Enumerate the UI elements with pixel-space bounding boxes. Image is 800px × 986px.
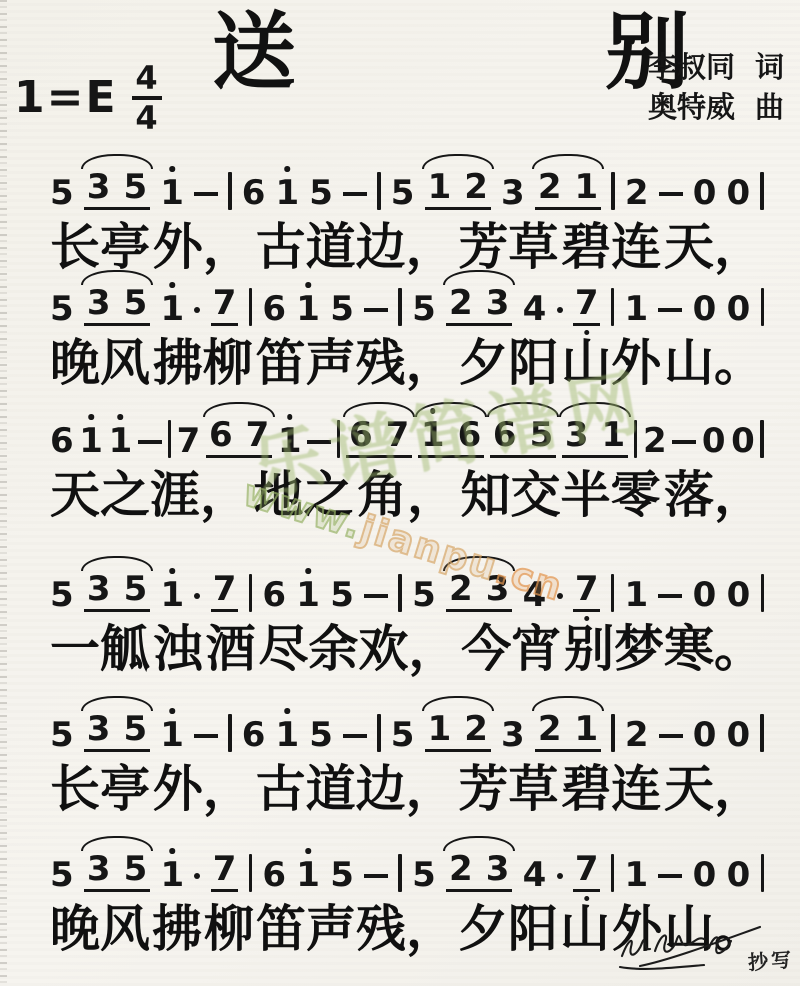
lyric-syllable: 地之 <box>254 466 354 524</box>
score-line-1: 5351615512321200长亭外，古道边，芳草碧连天， <box>50 152 764 276</box>
lyric-syllable: 角， <box>357 466 457 524</box>
note: 3 <box>87 170 111 204</box>
notation-row: 5351761552347100 <box>50 852 764 892</box>
note: 5 <box>309 718 333 752</box>
duration-dash <box>658 308 682 313</box>
note-value: 6 <box>209 418 233 452</box>
note: 1 <box>109 424 133 458</box>
note: 1 <box>624 292 648 326</box>
note: 3 <box>486 286 510 320</box>
note-value: 3 <box>501 718 525 752</box>
note: 0 <box>702 424 726 458</box>
note-value: 1 <box>160 718 184 752</box>
lyric-syllable: 落， <box>664 466 764 524</box>
note: 2 <box>449 572 473 606</box>
note-value: 0 <box>693 718 717 752</box>
augmentation-dot <box>557 873 563 879</box>
note-value: 2 <box>625 718 649 752</box>
note-value: 7 <box>213 852 237 886</box>
note-value: 5 <box>330 858 354 892</box>
barline <box>760 420 764 458</box>
note-value: 5 <box>50 718 74 752</box>
barline <box>761 854 765 892</box>
augmentation-dot <box>557 593 563 599</box>
beamed-note-group: 23 <box>446 286 512 326</box>
note: 6 <box>242 176 266 210</box>
beamed-note-group: 35 <box>84 170 150 210</box>
barline <box>611 854 615 892</box>
note: 5 <box>309 176 333 210</box>
lyric-syllable: 夕阳 <box>458 334 558 392</box>
note-value: 1 <box>574 170 598 204</box>
lyric-syllable: 晚风 <box>50 334 150 392</box>
note-value: 5 <box>330 292 354 326</box>
note: 0 <box>727 718 751 752</box>
note-value: 2 <box>449 852 473 886</box>
note: 6 <box>209 418 233 452</box>
duration-dash <box>658 594 682 599</box>
note: 3 <box>486 572 510 606</box>
note: 0 <box>727 578 751 612</box>
note-value: 2 <box>538 712 562 746</box>
octave-dot-high <box>169 708 175 714</box>
note-value: 6 <box>349 418 373 452</box>
note-value: 1 <box>624 292 648 326</box>
note: 5 <box>412 858 436 892</box>
note-value: 1 <box>109 424 133 458</box>
note: 1 <box>296 858 320 892</box>
lyric-syllable: 山 <box>560 900 610 958</box>
note-value: 4 <box>523 858 547 892</box>
score-line-5: 5351615512321200长亭外，古道边，芳草碧连天， <box>50 694 764 818</box>
barline <box>228 714 232 752</box>
notation-row: 5351615512321200 <box>50 170 764 210</box>
lyric-syllable: 别梦寒。 <box>564 620 764 678</box>
lyric-syllable: 知交半零 <box>461 466 661 524</box>
note: 7 <box>211 572 239 612</box>
notation-row: 5351761552347100 <box>50 572 764 612</box>
note-value: 1 <box>296 292 320 326</box>
note-value: 4 <box>523 292 547 326</box>
note-value: 1 <box>624 578 648 612</box>
note: 1 <box>624 578 648 612</box>
beamed-note-group: 31 <box>562 418 628 458</box>
note: 5 <box>391 718 415 752</box>
lyric-syllable: 天， <box>664 760 764 818</box>
lyric-syllable: 古道边， <box>256 760 456 818</box>
note-value: 5 <box>124 286 148 320</box>
lyric-syllable: 一觚 <box>50 620 150 678</box>
note-value: 2 <box>449 572 473 606</box>
lyrics-row: 长亭外，古道边，芳草碧连天， <box>50 760 764 818</box>
note: 6 <box>262 858 286 892</box>
octave-dot-high <box>170 568 176 574</box>
note: 3 <box>87 572 111 606</box>
octave-dot-high <box>305 568 311 574</box>
lyric-syllable: 外， <box>153 760 253 818</box>
note: 0 <box>693 858 717 892</box>
note-value: 5 <box>50 292 74 326</box>
handwritten-signature-icon <box>612 920 762 976</box>
barline <box>611 574 615 612</box>
note: 4 <box>523 858 547 892</box>
octave-dot-high <box>430 408 436 414</box>
duration-dash <box>364 308 388 313</box>
signature-label: 抄写 <box>747 943 795 975</box>
note: 2 <box>449 286 473 320</box>
note: 5 <box>50 176 74 210</box>
note-value: 2 <box>625 176 649 210</box>
note-value: 3 <box>87 286 111 320</box>
note: 1 <box>160 718 184 752</box>
note-value: 1 <box>278 424 302 458</box>
note-value: 5 <box>123 170 147 204</box>
note-value: 0 <box>727 578 751 612</box>
note-value: 1 <box>602 418 626 452</box>
note-value: 0 <box>727 718 751 752</box>
note: 3 <box>565 418 589 452</box>
note-value: 5 <box>391 176 415 210</box>
score-body: 5351615512321200长亭外，古道边，芳草碧连天，5351761552… <box>0 0 800 986</box>
note: 5 <box>330 858 354 892</box>
duration-dash <box>343 192 367 197</box>
duration-dash <box>364 874 388 879</box>
note: 1 <box>602 418 626 452</box>
beamed-note-group: 35 <box>84 286 150 326</box>
note-value: 0 <box>693 292 717 326</box>
note: 5 <box>330 578 354 612</box>
note-value: 0 <box>693 858 717 892</box>
note: 7 <box>211 286 239 326</box>
note-value: 1 <box>161 578 185 612</box>
note-value: 7 <box>575 852 599 886</box>
augmentation-dot <box>194 873 200 879</box>
note-value: 1 <box>624 858 648 892</box>
lyric-syllable: 拂 <box>152 900 202 958</box>
note: 2 <box>643 424 667 458</box>
note: 5 <box>50 292 74 326</box>
barline <box>761 574 765 612</box>
beamed-note-group: 23 <box>446 572 512 612</box>
lyric-syllable: 拂柳 <box>153 334 253 392</box>
note: 1 <box>574 712 598 746</box>
beamed-note-group: 35 <box>84 712 150 752</box>
note: 6 <box>50 424 74 458</box>
note-value: 1 <box>161 292 185 326</box>
barline <box>611 714 615 752</box>
beamed-note-group: 23 <box>446 852 512 892</box>
note-value: 1 <box>276 718 300 752</box>
lyric-syllable: 长亭 <box>50 760 150 818</box>
barline <box>398 854 402 892</box>
note-value: 7 <box>213 286 237 320</box>
note-value: 3 <box>486 852 510 886</box>
note-value: 1 <box>421 418 445 452</box>
note: 3 <box>87 712 111 746</box>
note-value: 1 <box>79 424 103 458</box>
duration-dash <box>672 440 696 445</box>
lyric-syllable: 山外 <box>561 334 661 392</box>
note: 2 <box>538 170 562 204</box>
note: 6 <box>458 418 482 452</box>
note: 5 <box>124 286 148 320</box>
note-value: 5 <box>309 176 333 210</box>
notation-row: 611767167166531200 <box>50 418 764 458</box>
note-value: 0 <box>693 176 717 210</box>
score-line-2: 5351761552347100晚风拂柳笛声残，夕阳山外山。 <box>50 268 764 392</box>
note-value: 6 <box>50 424 74 458</box>
note-value: 6 <box>493 418 517 452</box>
note-value: 0 <box>727 176 751 210</box>
note-value: 3 <box>87 712 111 746</box>
octave-dot-low <box>584 896 590 902</box>
lyrics-row: 天之涯，地之角，知交半零落， <box>50 466 764 524</box>
note: 0 <box>727 292 751 326</box>
octave-dot-high <box>305 848 311 854</box>
augmentation-dot <box>557 307 563 313</box>
note-value: 1 <box>296 858 320 892</box>
barline <box>611 288 615 326</box>
lyric-syllable: 夕阳 <box>458 900 558 958</box>
beamed-note-group: 21 <box>535 712 601 752</box>
beamed-note-group: 12 <box>425 712 491 752</box>
lyric-syllable: 浊 <box>153 620 203 678</box>
note-value: 0 <box>727 292 751 326</box>
duration-dash <box>364 594 388 599</box>
note: 1 <box>276 718 300 752</box>
barline <box>168 420 172 458</box>
duration-dash <box>307 440 331 445</box>
note-value: 7 <box>575 572 599 606</box>
note: 6 <box>493 418 517 452</box>
note: 5 <box>123 712 147 746</box>
notation-row: 5351761552347100 <box>50 286 764 326</box>
note-value: 6 <box>242 176 266 210</box>
duration-dash <box>138 440 162 445</box>
note: 3 <box>87 852 111 886</box>
note-value: 5 <box>330 578 354 612</box>
note-value: 0 <box>702 424 726 458</box>
note-value: 5 <box>412 858 436 892</box>
lyric-syllable: 山。 <box>664 334 764 392</box>
note-value: 3 <box>87 170 111 204</box>
note-value: 5 <box>309 718 333 752</box>
note: 1 <box>278 424 302 458</box>
note: 1 <box>276 176 300 210</box>
note: 1 <box>421 418 445 452</box>
note: 7 <box>573 286 601 326</box>
note: 4 <box>523 292 547 326</box>
duration-dash <box>659 192 683 197</box>
note: 5 <box>123 170 147 204</box>
lyric-syllable: 尽余欢， <box>258 620 458 678</box>
note: 5 <box>412 292 436 326</box>
note-value: 1 <box>276 176 300 210</box>
note: 5 <box>391 176 415 210</box>
note: 5 <box>50 578 74 612</box>
note-value: 3 <box>565 418 589 452</box>
transcriber-signature: 抄写 <box>612 920 794 980</box>
note-value: 5 <box>391 718 415 752</box>
beamed-note-group: 35 <box>84 572 150 612</box>
note: 5 <box>530 418 554 452</box>
sheet-music-page: 1=E 4 4 送 别 李叔同 词 奥特威 曲 5351615512321200… <box>0 0 800 986</box>
note: 2 <box>464 170 488 204</box>
beamed-note-group: 16 <box>418 418 484 458</box>
duration-dash <box>343 734 367 739</box>
note-value: 7 <box>575 286 599 320</box>
lyric-syllable: 今宵 <box>461 620 561 678</box>
lyric-syllable: 笛声残， <box>256 900 456 958</box>
octave-dot-high <box>285 166 291 172</box>
note-value: 5 <box>50 578 74 612</box>
note: 5 <box>412 578 436 612</box>
note: 2 <box>625 718 649 752</box>
beamed-note-group: 21 <box>535 170 601 210</box>
barline <box>337 420 341 458</box>
note-value: 3 <box>486 572 510 606</box>
note-value: 6 <box>242 718 266 752</box>
note: 7 <box>573 572 601 612</box>
note-value: 2 <box>464 170 488 204</box>
note: 1 <box>428 712 452 746</box>
note: 1 <box>161 578 185 612</box>
note: 3 <box>501 718 525 752</box>
note-value: 3 <box>486 286 510 320</box>
note-value: 2 <box>464 712 488 746</box>
octave-dot-high <box>305 282 311 288</box>
note: 1 <box>296 292 320 326</box>
note: 5 <box>124 852 148 886</box>
beamed-note-group: 12 <box>425 170 491 210</box>
lyric-syllable: 笛声残， <box>256 334 456 392</box>
octave-dot-high <box>285 708 291 714</box>
note-value: 7 <box>386 418 410 452</box>
note: 7 <box>386 418 410 452</box>
note: 3 <box>501 176 525 210</box>
note: 0 <box>693 176 717 210</box>
lyric-syllable: 酒 <box>206 620 256 678</box>
barline <box>760 714 764 752</box>
lyric-syllable: 晚风 <box>50 900 150 958</box>
note-value: 5 <box>412 578 436 612</box>
barline <box>228 172 232 210</box>
note-value: 5 <box>412 292 436 326</box>
note-value: 6 <box>262 858 286 892</box>
note: 1 <box>79 424 103 458</box>
note-value: 1 <box>160 176 184 210</box>
beamed-note-group: 35 <box>84 852 150 892</box>
score-line-4: 5351761552347100一觚浊酒尽余欢，今宵别梦寒。 <box>50 554 764 678</box>
note-value: 5 <box>50 858 74 892</box>
note-value: 6 <box>262 578 286 612</box>
duration-dash <box>659 734 683 739</box>
note: 1 <box>161 858 185 892</box>
note: 6 <box>349 418 373 452</box>
note: 0 <box>727 176 751 210</box>
note: 1 <box>574 170 598 204</box>
note-value: 5 <box>123 712 147 746</box>
barline <box>377 172 381 210</box>
note: 0 <box>693 718 717 752</box>
note-value: 3 <box>501 176 525 210</box>
note: 7 <box>246 418 270 452</box>
note-value: 1 <box>296 578 320 612</box>
note: 1 <box>161 292 185 326</box>
duration-dash <box>194 734 218 739</box>
note-value: 4 <box>523 578 547 612</box>
note: 7 <box>211 852 239 892</box>
note-value: 6 <box>262 292 286 326</box>
note: 5 <box>50 858 74 892</box>
note: 1 <box>624 858 648 892</box>
note: 0 <box>727 858 751 892</box>
note-value: 3 <box>87 852 111 886</box>
note-value: 3 <box>87 572 111 606</box>
note-value: 2 <box>449 286 473 320</box>
score-line-3: 611767167166531200天之涯，地之角，知交半零落， <box>50 400 764 524</box>
note: 2 <box>625 176 649 210</box>
note-value: 7 <box>246 418 270 452</box>
duration-dash <box>194 192 218 197</box>
note-value: 0 <box>731 424 755 458</box>
note: 3 <box>486 852 510 886</box>
beamed-note-group: 65 <box>490 418 556 458</box>
note: 4 <box>523 578 547 612</box>
note: 1 <box>428 170 452 204</box>
note-value: 2 <box>643 424 667 458</box>
lyrics-row: 晚风拂柳笛声残，夕阳山外山。 <box>50 334 764 392</box>
barline <box>760 172 764 210</box>
barline <box>249 288 253 326</box>
notation-row: 5351615512321200 <box>50 712 764 752</box>
octave-dot-high <box>170 282 176 288</box>
note: 2 <box>464 712 488 746</box>
octave-dot-high <box>169 166 175 172</box>
note: 6 <box>242 718 266 752</box>
note: 2 <box>449 852 473 886</box>
note-value: 7 <box>177 424 201 458</box>
note-value: 2 <box>538 170 562 204</box>
note-value: 5 <box>124 572 148 606</box>
beamed-note-group: 67 <box>346 418 412 458</box>
note-value: 7 <box>213 572 237 606</box>
barline <box>761 288 765 326</box>
note: 7 <box>177 424 201 458</box>
barline <box>249 854 253 892</box>
note-value: 1 <box>428 712 452 746</box>
barline <box>398 574 402 612</box>
duration-dash <box>658 874 682 879</box>
lyric-syllable: 芳草 <box>458 760 558 818</box>
note: 5 <box>50 718 74 752</box>
octave-dot-low <box>584 616 590 622</box>
octave-dot-low <box>584 330 590 336</box>
note-value: 1 <box>428 170 452 204</box>
note-value: 5 <box>50 176 74 210</box>
note: 1 <box>160 176 184 210</box>
note-value: 5 <box>124 852 148 886</box>
note: 7 <box>573 852 601 892</box>
barline <box>611 172 615 210</box>
barline <box>377 714 381 752</box>
note-value: 5 <box>530 418 554 452</box>
note: 3 <box>87 286 111 320</box>
note: 0 <box>731 424 755 458</box>
beamed-note-group: 67 <box>206 418 272 458</box>
barline <box>634 420 638 458</box>
note: 1 <box>296 578 320 612</box>
